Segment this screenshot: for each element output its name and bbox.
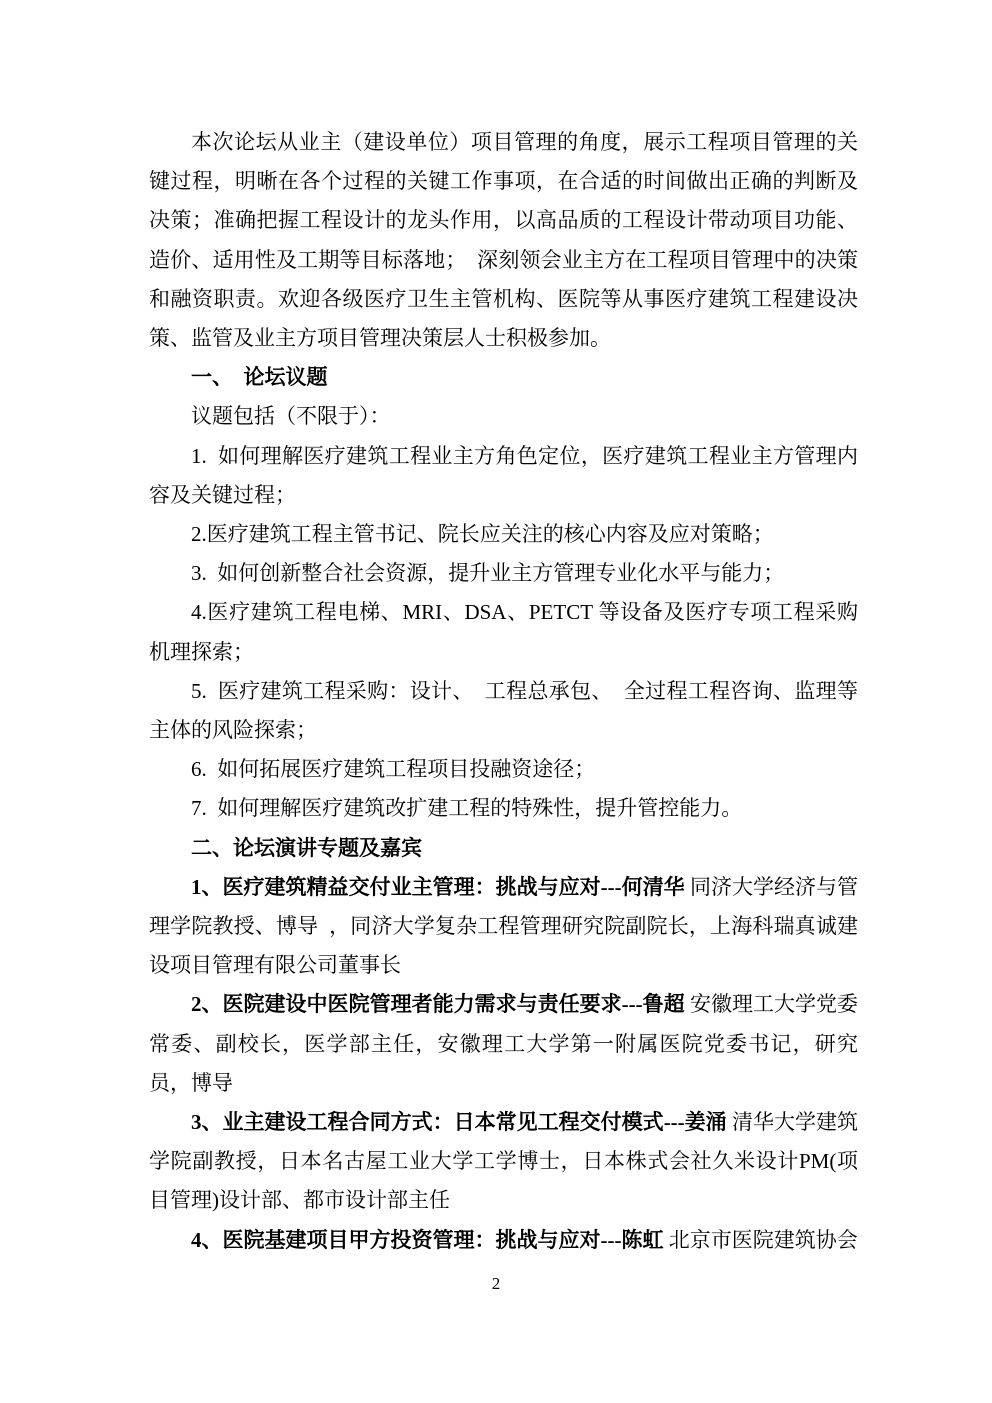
- talk-4-speaker-info: 北京市医院建筑协会: [663, 1228, 857, 1252]
- agenda-item-4: 4.医疗建筑工程电梯、MRI、DSA、PETCT 等设备及医疗专项工程采购机理探…: [149, 593, 858, 671]
- document-body: 本次论坛从业主（建设单位）项目管理的角度，展示工程项目管理的关键过程，明晰在各个…: [149, 123, 858, 1260]
- talk-4-title: 4、医院基建项目甲方投资管理：挑战与应对---陈虹: [191, 1228, 663, 1252]
- talk-item-2: 2、医院建设中医院管理者能力需求与责任要求---鲁超 安徽理工大学党委常委、副校…: [149, 985, 858, 1103]
- section1-lead: 议题包括（不限于）：: [149, 397, 858, 436]
- agenda-item-3: 3. 如何创新整合社会资源，提升业主方管理专业化水平与能力；: [149, 554, 858, 593]
- agenda-item-7: 7. 如何理解医疗建筑改扩建工程的特殊性，提升管控能力。: [149, 789, 858, 828]
- page-number: 2: [0, 1272, 992, 1296]
- agenda-item-2: 2.医疗建筑工程主管书记、院长应关注的核心内容及应对策略；: [149, 515, 858, 554]
- talk-item-3: 3、业主建设工程合同方式：日本常见工程交付模式---姜涌 清华大学建筑学院副教授…: [149, 1103, 858, 1221]
- agenda-item-5: 5. 医疗建筑工程采购：设计、 工程总承包、 全过程工程咨询、监理等主体的风险探…: [149, 672, 858, 750]
- section1-heading: 一、 论坛议题: [149, 358, 858, 397]
- talk-item-1: 1、医疗建筑精益交付业主管理：挑战与应对---何清华 同济大学经济与管理学院教授…: [149, 868, 858, 986]
- intro-paragraph: 本次论坛从业主（建设单位）项目管理的角度，展示工程项目管理的关键过程，明晰在各个…: [149, 123, 858, 358]
- talk-3-title: 3、业主建设工程合同方式：日本常见工程交付模式---姜涌: [191, 1110, 727, 1134]
- talk-2-title: 2、医院建设中医院管理者能力需求与责任要求---鲁超: [191, 992, 685, 1016]
- agenda-item-1: 1. 如何理解医疗建筑工程业主方角色定位，医疗建筑工程业主方管理内容及关键过程；: [149, 437, 858, 515]
- section2-heading: 二、论坛演讲专题及嘉宾: [149, 829, 858, 868]
- talk-1-title: 1、医疗建筑精益交付业主管理：挑战与应对---何清华: [191, 875, 685, 899]
- talk-item-4: 4、医院基建项目甲方投资管理：挑战与应对---陈虹 北京市医院建筑协会: [149, 1221, 858, 1260]
- document-page: 本次论坛从业主（建设单位）项目管理的角度，展示工程项目管理的关键过程，明晰在各个…: [0, 0, 992, 1403]
- agenda-item-6: 6. 如何拓展医疗建筑工程项目投融资途径；: [149, 750, 858, 789]
